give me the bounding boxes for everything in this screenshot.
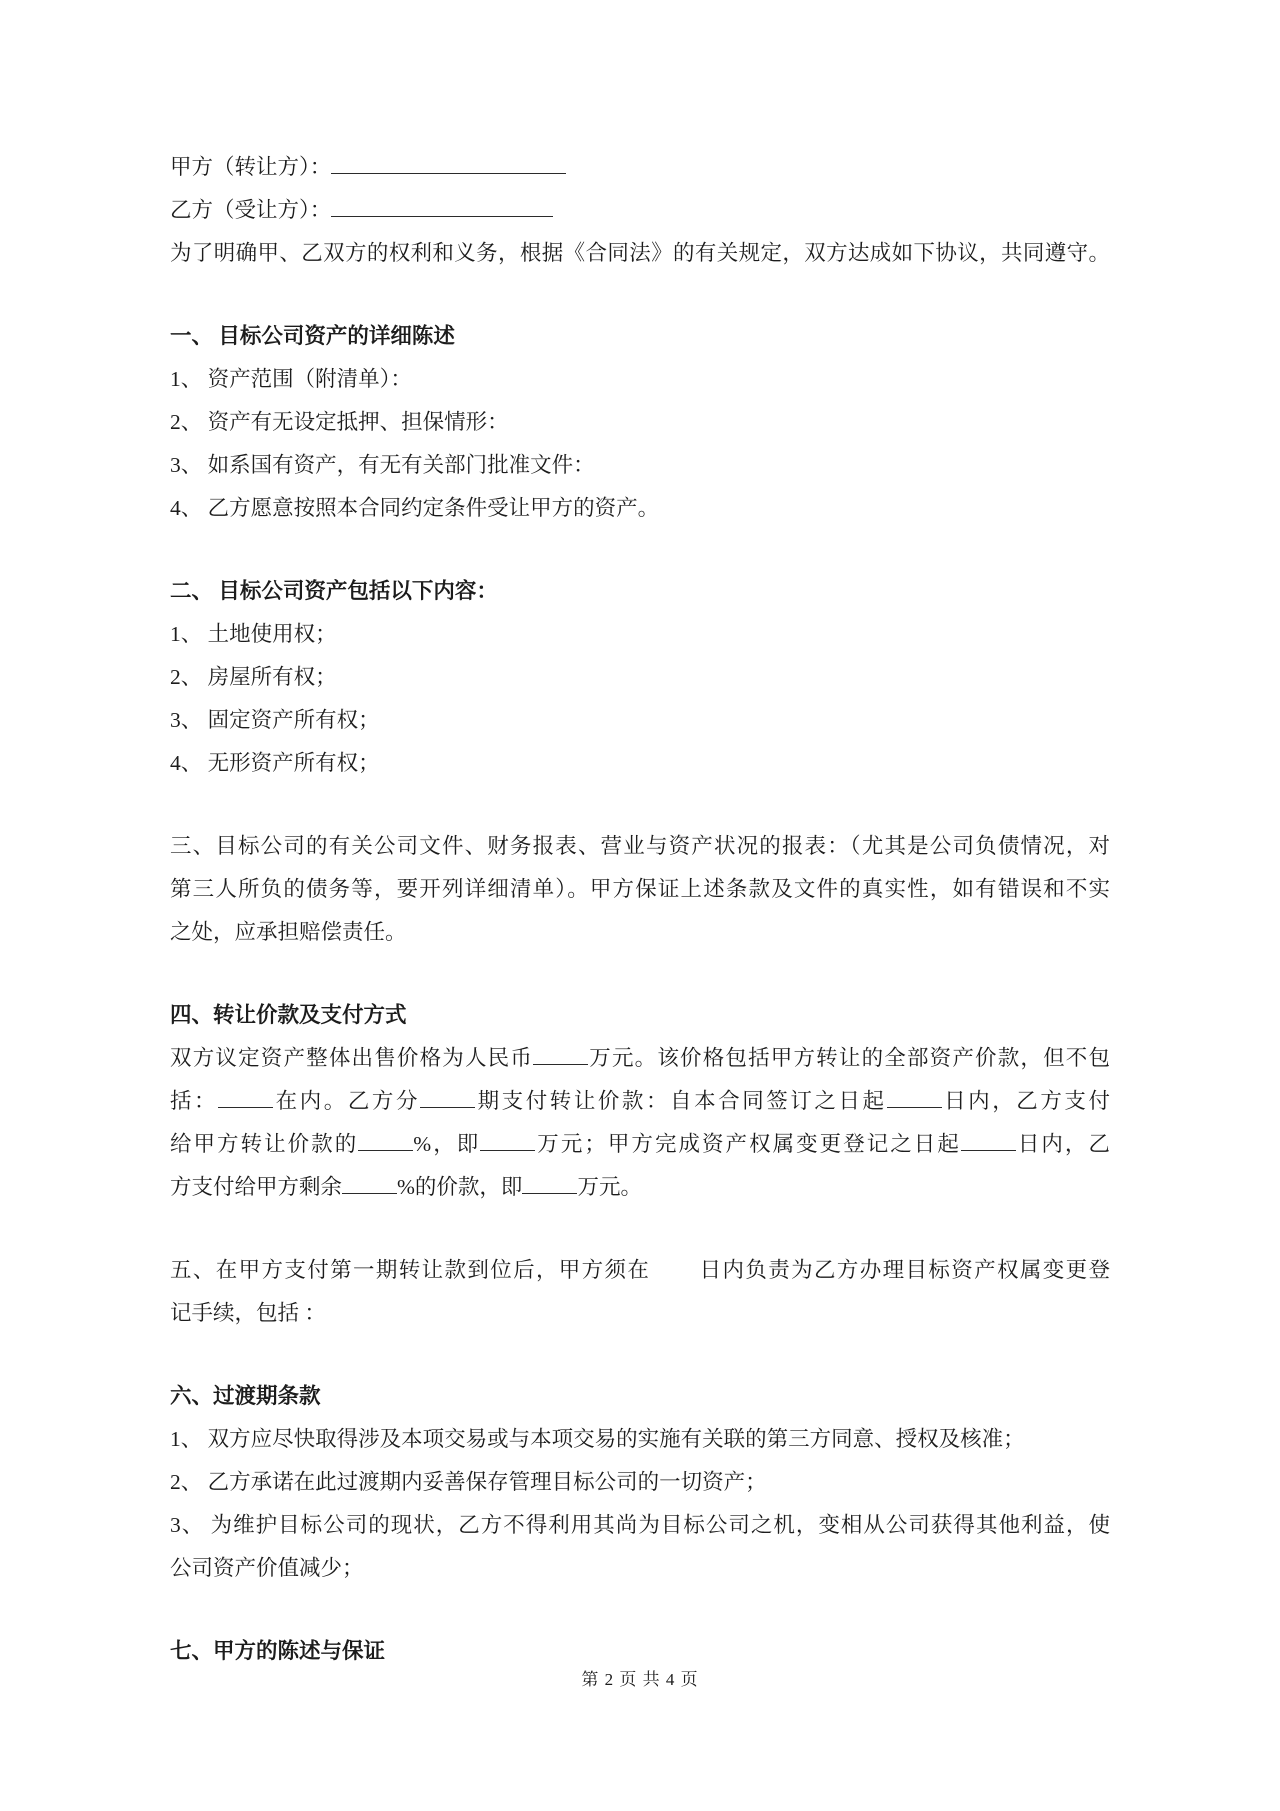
blank-underline [342,1173,397,1194]
blank-underline [480,1130,535,1151]
page-number: 第 2 页 共 4 页 [581,1670,698,1689]
blank-underline [961,1130,1016,1151]
section-1-heading: 一、 目标公司资产的详细陈述 [170,315,1110,358]
section-1-item-2: 2、 资产有无设定抵押、担保情形： [170,401,1110,444]
section-3-line-3: 之处，应承担赔偿责任。 [170,911,1110,954]
section-6-item-3b: 公司资产价值减少； [170,1547,1110,1590]
page-footer: 第 2 页 共 4 页 [0,1668,1280,1692]
blank-underline [218,1087,273,1108]
section-1-item-1: 1、 资产范围（附清单）： [170,358,1110,401]
party-b-line: 乙方（受让方）： [170,189,1110,232]
section-2-heading: 二、 目标公司资产包括以下内容： [170,570,1110,613]
section-6-heading: 六、过渡期条款 [170,1375,1110,1418]
blank-underline [533,1044,588,1065]
party-a-line: 甲方（转让方）： [170,146,1110,189]
section-1-item-3: 3、 如系国有资产，有无有关部门批准文件： [170,444,1110,487]
section-3-line-1: 三、目标公司的有关公司文件、财务报表、营业与资产状况的报表：（尤其是公司负债情况… [170,825,1110,868]
blank-underline [522,1173,577,1194]
section-2-item-3: 3、 固定资产所有权； [170,699,1110,742]
blank-space [650,1273,698,1277]
document-page: 甲方（转让方）：乙方（受让方）：为了明确甲、乙双方的权利和义务，根据《合同法》的… [0,0,1280,1811]
blank-underline [358,1130,413,1151]
section-6-item-2: 2、 乙方承诺在此过渡期内妥善保存管理目标公司的一切资产； [170,1461,1110,1504]
section-6-item-1: 1、 双方应尽快取得涉及本项交易或与本项交易的实施有关联的第三方同意、授权及核准… [170,1418,1110,1461]
section-5-line-2: 记手续，包括 ： [170,1292,1110,1335]
section-6-item-3a: 3、 为维护目标公司的现状，乙方不得利用其尚为目标公司之机，变相从公司获得其他利… [170,1504,1110,1547]
contract-content: 甲方（转让方）：乙方（受让方）：为了明确甲、乙双方的权利和义务，根据《合同法》的… [170,146,1110,1673]
blank-underline [887,1087,942,1108]
section-1-item-4: 4、 乙方愿意按照本合同约定条件受让甲方的资产。 [170,487,1110,530]
section-5-line-1: 五、在甲方支付第一期转让款到位后，甲方须在日内负责为乙方办理目标资产权属变更登 [170,1249,1110,1292]
blank-underline [331,196,553,217]
blank-underline [331,153,566,174]
section-4-line-1: 双方议定资产整体出售价格为人民币万元。该价格包括甲方转让的全部资产价款，但不包 [170,1037,1110,1080]
blank-underline [420,1087,475,1108]
section-3-line-2: 第三人所负的债务等，要开列详细清单）。甲方保证上述条款及文件的真实性，如有错误和… [170,868,1110,911]
section-4-line-3: 给甲方转让价款的%，即万元；甲方完成资产权属变更登记之日起日内，乙 [170,1123,1110,1166]
section-4-heading: 四、转让价款及支付方式 [170,994,1110,1037]
section-2-item-4: 4、 无形资产所有权； [170,742,1110,785]
section-2-item-1: 1、 土地使用权； [170,613,1110,656]
section-7-heading: 七、甲方的陈述与保证 [170,1630,1110,1673]
section-4-line-4: 方支付给甲方剩余%的价款，即万元。 [170,1166,1110,1209]
section-4-line-2: 括：在内。乙方分期支付转让价款：自本合同签订之日起日内，乙方支付 [170,1080,1110,1123]
preamble-line: 为了明确甲、乙双方的权利和义务，根据《合同法》的有关规定，双方达成如下协议，共同… [170,232,1110,275]
section-2-item-2: 2、 房屋所有权； [170,656,1110,699]
